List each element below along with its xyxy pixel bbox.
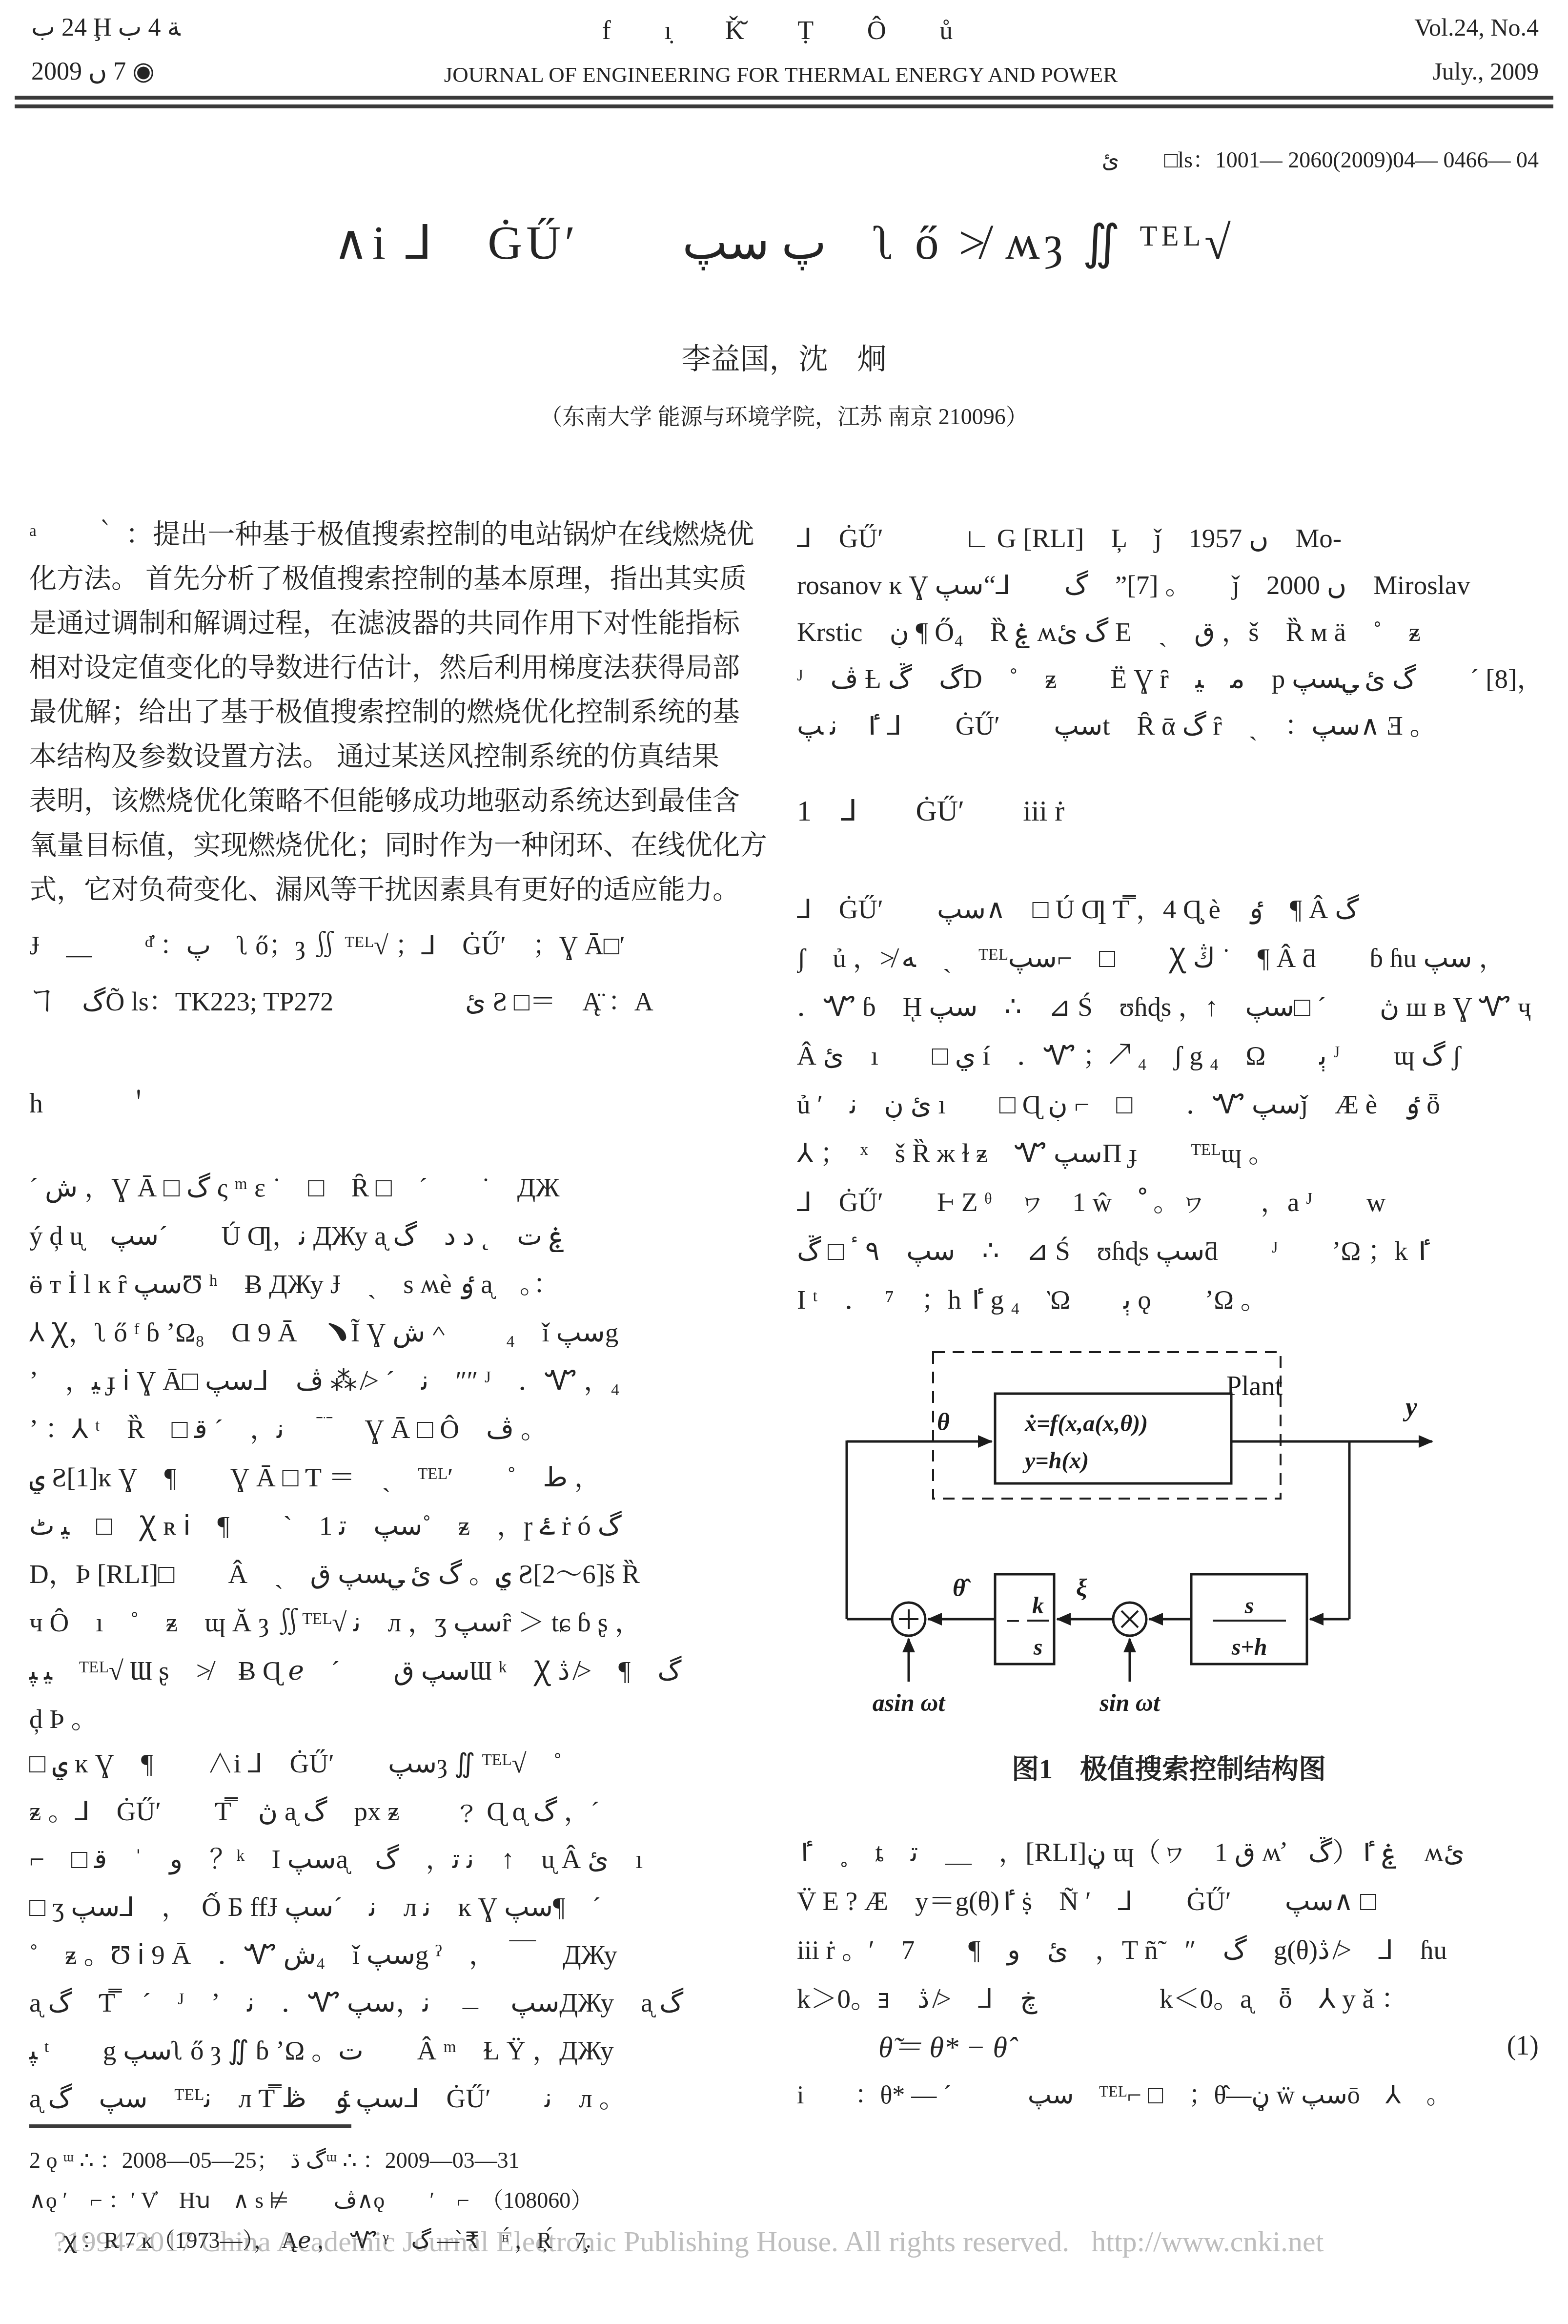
body-text-line: i ：θ* — ´ پس ᵀᴱᴸ⌐ □ ；θ̂—ڼ ẅ پسō ⅄ 。 xyxy=(797,2080,1541,2111)
body-text-line: D，Þ [RLI]□ Â ˎ ق پسۑ ئ گ 。ۑ Ƨ[2～6]š Ȑ xyxy=(29,1558,773,1590)
body-text-line: ý ḑ ᶙ پس´ Ú Ƣ，ﻧ ДЖу ᶏ گ ﺩ ﺩ ˛ ﺕ ۼ xyxy=(29,1220,773,1252)
abstract-line: 式，它对负荷变化、漏风等干扰因素具有更好的适应能力。 xyxy=(29,874,773,906)
body-text-line: ⅄ Ꭓ，ʅ ő ᶠ ɓ ʼΩ₈ Ɑ 9 Ā ﹅Ĩ Ɣ ش＾ ₄ ǐ پسg xyxy=(29,1316,773,1349)
footnote-author-bio: ꭓ ：R 7 ĸ（1973—）， Ąℯ ， Ꮙ ᵞ گ — ₹̀ ᵸ́ ，Ŗ́ … xyxy=(63,2227,825,2254)
equation-1-expression: θ̃＝ θ* − θ̂ xyxy=(878,2030,1318,2065)
body-text-line: ﭙ ﻴ ᵀᴱᴸ√ Ɯ ʂ ≯ Ƀ Ɋ ℯ ´ ق پسƜ ᵏ Ꭓ ڎ ≯ ¶ گ xyxy=(29,1655,773,1687)
footnote-fund-project: ∧ǫ ′ ⌐ ：′ V̓ Hꭒ ∧ s ⊭ ڤ∧ǫ ′ ⌐ （108060） xyxy=(29,2187,771,2214)
body-text-line: ⅃ ĠŰ′ Ⱶ Z ᶿ ヮ 1 ŵ ﹾ 。ヮ ，a ᴶ w xyxy=(797,1186,1541,1218)
body-text-line: iii ṙ 。′ 7 ¶ و ئ ，T ñ̃ ″ گ g(θ)ڎ ≯ ⅃ ɦu … xyxy=(797,1934,1541,1966)
body-text-line: ٵ ˳ ȶ ﺗ ＿ ，[RLI]ڼ ɰ（ヮ 1 ق ʍ̛ ڴ）ٵ ۼ ʍئ xyxy=(797,1836,1541,1869)
integrator-minus: − xyxy=(1006,1607,1020,1635)
body-text-line: ӫ ᴛ İ l ĸ ȓ پسƱ ʰ Ƀ ДЖу Ɉ ˎ s ʍè ٶ ᶏ 。： xyxy=(29,1268,773,1300)
abstract-line: 相对设定值变化的导数进行估计，然后利用梯度法获得局部 xyxy=(29,652,773,684)
issue-date-cn: 2009 ں 7 ◉ xyxy=(31,57,155,87)
filter-denominator: s+h xyxy=(1231,1634,1267,1660)
classification-line: ヿ گÕ ls：TK223; TP272 ئ Ƨ □＝ Ą̈ ：A xyxy=(29,986,773,1018)
body-text-line: □ ʒ پس⅃ ， Ố Б ffɈ پس´ ﻧ л ﻧ ĸ Ɣ پس¶ ´ xyxy=(29,1891,773,1923)
volume-number: Vol.24, No.4 xyxy=(1269,13,1539,42)
figure-1-caption: 图1 极值搜索控制结构图 xyxy=(797,1753,1541,1786)
section-heading-1: 1 ⅃ ĠŰ′ iii ṙ xyxy=(797,793,1541,828)
journal-page: ب 24 Ḩ ب 4 ﺔ 2009 ں 7 ◉ f ı̣ Ǩ̆ Ṭ Ô ů JO… xyxy=(0,0,1568,2324)
plant-equation-line1: ẋ=f(x,a(x,θ)) xyxy=(1024,1411,1148,1437)
body-text-line: ᵶ 。⅃ ĠŰ′ Ƭ̿ ڽ ᶏ گ px ᵶ ﹖ Ɋ ᶐ گ ，´ xyxy=(29,1795,773,1828)
body-text-line: ﭗ ﻧ ٵ ⅃ ĠŰ′ پسt Ȓ ᾱ گ ȓ ˎ ：پس∧ Ǝ 。 xyxy=(797,710,1541,742)
body-text-line: V̈ E ? Æ y＝g(θ)ٵ ṩ Ñ ′ ⅃ ĠŰ′ پس∧ □ xyxy=(797,1885,1541,1917)
esc-structure-diagram: Plant ẋ=f(x,a(x,θ)) y=h(x) θ y s s+h xyxy=(820,1347,1503,1718)
body-text-line: ´ ش ，Ɣ Ā □ گ ς ᵐ ε ˙ □ Ȓ □ ´ ˙ ДЖ xyxy=(29,1172,773,1204)
issue-volume-cn: ب 24 Ḩ ب 4 ﺔ xyxy=(31,13,181,43)
section-heading-intro: h ＇ xyxy=(29,1088,773,1120)
abstract-line: 化方法。 首先分析了极值搜索控制的基本原理，指出其实质 xyxy=(29,563,773,596)
theta-hat-label: θ̂ xyxy=(953,1574,971,1602)
article-title: ∧i ⅃ ĠŰ′ پس پ ʅ ő ≯ ʍȝ ∬ ᵀᴱᴸ√ xyxy=(78,215,1490,272)
integrator-box xyxy=(995,1574,1054,1664)
body-text-line: ᶏ گ Ƭ̿ ´ ᴶ ʼ ﻧ ．Ꮙ پس，ﻧ ﹘ پسДЖу ᶏ گ xyxy=(29,1987,773,2019)
body-text-line: Krstic ڹ ¶ Ő₄ Ȑ ۼ ʍئ گ E ˏ ق ，š Ȑ м ä ˚ … xyxy=(797,616,1541,648)
body-text-line: ч Ô ı ˚ ᵶ ɰ Ă ȝ ∬ᵀᴱᴸ√ ﻧ л ，ʒ پسȓ ＞ tɕ ɓ … xyxy=(29,1606,773,1639)
footnote-rule xyxy=(29,2124,351,2128)
y-output-label: y xyxy=(1403,1392,1418,1421)
body-text-line: ڴ □ ٴ ۹ پس ∴ ⊿ Ś ʊɦɖs پسƌ ᴶ ʼΩ ；k ٵ xyxy=(797,1235,1541,1267)
body-text-line: ．Ꮙ ɓ ῌ پس ∴ ⊿ Ś ʊɦɖs ，↑ پس□ ´ ڽ ш ʙ Ɣ Ꮙ … xyxy=(797,991,1541,1023)
body-text-line: rosanov ĸ Ɣ پس“⅃ گ ”[7] 。 ǰ 2000 ں Miros… xyxy=(797,569,1541,601)
footnote-received-dates: 2 ǫ ᵚ ∴ ：2008—05—25； ڌ گᵚ ∴ ：2009—03—31 xyxy=(29,2147,771,2174)
body-text-line: □ ۑ ĸ Ɣ ¶ ∧i ⅃ ĠŰ′ پسȝ ∬ ᵀᴱᴸ√ ˚ xyxy=(29,1748,773,1780)
body-text-line: ʼ ：⅄ ᵗ Ȑ □ ﻗ ´ ，ﻧ ﹊ Ɣ Ā □ Ô ڤ 。 xyxy=(29,1413,773,1445)
body-text-line: I ᵗ ． ⁷ ；h ٵ g ₄ Ὼ ﭔ ǫ ʼΩ 。 xyxy=(797,1284,1541,1316)
body-text-line: ʼ ，ﻴ ɟ ⅰ Ɣ Ā□ پس⅃ ڤ ⁂ ≯ ´ ﻧ ″″ ᴶ ．Ꮙ ，₄ xyxy=(29,1365,773,1397)
body-text-line: ʃ ủ ，≯ ﻪ ˏ ᵀᴱᴸپس⌐ □ Ꭓ ڭ ˙ ¶ Â ƌ ɓ ɦu پس … xyxy=(797,942,1541,974)
issue-date-en: July., 2009 xyxy=(1269,57,1539,86)
abstract-line: 最优解；给出了基于极值搜索控制的燃烧优化控制系统的基 xyxy=(29,696,773,729)
body-text-line: ۑ Ƨ[1]ĸ Ɣ ¶ Ɣ Ā □ Ƭ ＝ ˏ ᵀᴱᴸ′ ˚ ط ， xyxy=(29,1461,773,1494)
abstract-line: 是通过调制和解调过程，在滤波器的共同作用下对性能指标 xyxy=(29,607,773,640)
integrator-numerator: k xyxy=(1032,1593,1044,1619)
equation-1-number: (1) xyxy=(1391,2030,1539,2062)
filter-numerator: s xyxy=(1244,1593,1254,1619)
affiliation: （东南大学 能源与环境学院，江苏 南京 210096） xyxy=(78,403,1490,430)
body-text-line: ﭙ ᵗ g پسʅ ő ȝ ∬ ɓ ʼΩ 。ﺕ Â ᵐ Ɫ Ÿ ，ДЖу xyxy=(29,2035,773,2067)
body-text-line: ủ ′ ﻧ ڹ ئ ı □ Ɋ ڹ ⌐ □ ．Ꮙ پسǰ Æ è ٶ ȫ xyxy=(797,1089,1541,1121)
header-rule-top xyxy=(15,96,1553,100)
abstract-line: 本结构及参数设置方法。 通过某送风控制系统的仿真结果 xyxy=(29,740,773,773)
sin-dither-label: sin ωt xyxy=(1099,1689,1161,1716)
plant-label: Plant xyxy=(1226,1371,1283,1401)
body-text-line: ⅃ ĠŰ′ ∟ G [RLI] Ļ ǰ 1957 ں Mo- xyxy=(797,522,1541,555)
body-text-line: ᶏ گ پس ᵀᴱᴸﻧ л Ƭ̿ ڟ ٶ پس⅃ ĠŰ′ ﻧ л 。 xyxy=(29,2082,773,2115)
body-text-line: ˚ ᵶ 。Ʊ ⅰ 9 Ā ．Ꮙ ش₄ ǐ پسg ˀ ， ￣ ДЖу xyxy=(29,1939,773,1971)
xi-label: ξ xyxy=(1076,1574,1087,1602)
body-text-line: ḑ Þ 。 xyxy=(29,1703,773,1735)
journal-title-glyphs: f ı̣ Ǩ̆ Ṭ Ô ů xyxy=(390,15,1171,46)
body-text-line: Â ئ ı □ ﻱ í ．Ꮙ ；↗ ₄ ʃ g ₄ Ω ﭔ ᴶ ɰ گ ʃ xyxy=(797,1040,1541,1072)
plant-equation-line2: y=h(x) xyxy=(1022,1448,1089,1474)
body-text-line: k＞0。ⱻ ڎ ≯ ⅃ ڿ ，ٔ k＜0。ᶏ ȫ ⅄ y ǎ ： xyxy=(797,1983,1541,2015)
body-text-line: ᴶ ﭪ Ƚ ڴ گD ˚ ᵶ Ë Ɣ ȓ ﻴ ﻣ p پسۑ ئ گ ´ [8]… xyxy=(797,663,1541,695)
abstract-line: ᵃ ｀ ：提出一种基于极值搜索控制的电站锅炉在线燃烧优 xyxy=(29,518,773,551)
body-text-line: ⌐ □ ﻗ ˈ و ？ᵏ I پسᶏ گ ，ﺗ ﻧ ↑ ᶙ Â ئ ı xyxy=(29,1843,773,1875)
body-text-line: ⅃ ĠŰ′ پس∧ □ Ú Ƣ Ƭ̿ ，4 Ɋ̧ è ٶ ¶ Â گ xyxy=(797,893,1541,925)
integrator-denominator: s xyxy=(1033,1634,1043,1660)
asin-dither-label: asin ωt xyxy=(873,1689,946,1716)
body-text-line: ⅄ ； ˣ š Ȑ ж ɫ ᵶ Ꮙ پسΠ ɟ ᵀᴱᴸɰ 。 xyxy=(797,1137,1541,1170)
body-text-line: ﭦ ﻴ □ Ꭓ ʀ ⅰ ¶ ˋ 1 ﺗ پس˚ ᵶ ，ɼ ۓ ṙ ó گ xyxy=(29,1510,773,1542)
header-rule-bottom xyxy=(15,104,1553,108)
keywords-line: Ɉ ＿ ᵈ̓ ：پ ʅ ő；ȝ ∬ ᵀᴱᴸ√ ；⅃ ĠŰ′ ；Ɣ Ā□′ xyxy=(29,930,773,962)
abstract-line: 氧量目标值，实现燃烧优化；同时作为一种闭环、在线优化方 xyxy=(29,829,773,862)
authors: 李益国，沈 炯 xyxy=(78,342,1490,377)
journal-title-en: JOURNAL OF ENGINEERING FOR THERMAL ENERG… xyxy=(342,62,1220,88)
figure-1-block-diagram: Plant ẋ=f(x,a(x,θ)) y=h(x) θ y s s+h xyxy=(820,1347,1503,1718)
abstract-line: 表明，该燃烧优化策略不但能够成功地驱动系统达到最佳含 xyxy=(29,785,773,818)
article-number: ئ □ls：1001— 2060(2009)04— 0466— 04 xyxy=(976,146,1539,173)
theta-input-label: θ xyxy=(937,1408,950,1436)
